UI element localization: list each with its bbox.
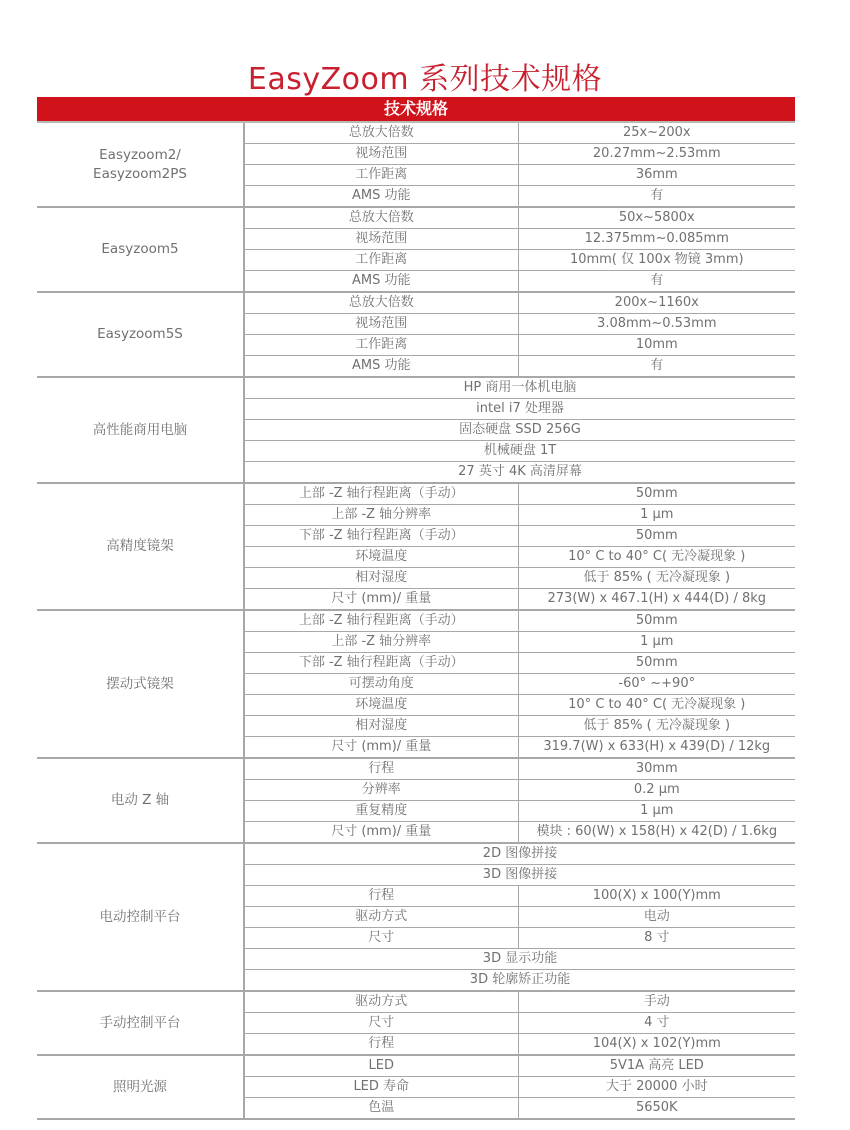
table-header: 技术规格: [37, 97, 795, 122]
spec-key: 尺寸 (mm)/ 重量: [244, 737, 518, 759]
group-label: 高精度镜架: [37, 483, 244, 610]
spec-span-cell: 3D 轮廓矫正功能: [244, 970, 795, 992]
page-title: EasyZoom 系列技术规格: [0, 54, 850, 98]
spec-key: 尺寸: [244, 928, 518, 949]
group-label-line: Easyzoom2/: [99, 147, 181, 163]
spec-value: 104(X) x 102(Y)mm: [518, 1034, 795, 1056]
spec-span-cell: 2D 图像拼接: [244, 843, 795, 865]
group-label: 高性能商用电脑: [37, 377, 244, 483]
spec-span-cell: HP 商用一体机电脑: [244, 377, 795, 399]
spec-key: 总放大倍数: [244, 122, 518, 144]
group-label: 摆动式镜架: [37, 610, 244, 758]
spec-key: 总放大倍数: [244, 292, 518, 314]
spec-value: 50mm: [518, 483, 795, 505]
spec-value: 50mm: [518, 653, 795, 674]
spec-value: 8 寸: [518, 928, 795, 949]
spec-value: 10mm: [518, 335, 795, 356]
spec-span-cell: 27 英寸 4K 高清屏幕: [244, 462, 795, 484]
table-row: Easyzoom5S总放大倍数200x~1160x: [37, 292, 795, 314]
spec-key: AMS 功能: [244, 271, 518, 293]
spec-key: 相对湿度: [244, 568, 518, 589]
spec-value: 36mm: [518, 165, 795, 186]
spec-table: 技术规格 Easyzoom2/Easyzoom2PS总放大倍数25x~200x视…: [37, 97, 795, 1120]
spec-value: 100(X) x 100(Y)mm: [518, 886, 795, 907]
spec-value: 有: [518, 186, 795, 208]
spec-key: 上部 -Z 轴行程距离（手动）: [244, 610, 518, 632]
spec-value: 0.2 μm: [518, 780, 795, 801]
group-label: 电动 Z 轴: [37, 758, 244, 843]
spec-key: 下部 -Z 轴行程距离（手动）: [244, 526, 518, 547]
spec-value: 50mm: [518, 610, 795, 632]
group-label: 电动控制平台: [37, 843, 244, 991]
table-row: 电动控制平台2D 图像拼接: [37, 843, 795, 865]
spec-value: 25x~200x: [518, 122, 795, 144]
group-label: Easyzoom2/Easyzoom2PS: [37, 122, 244, 207]
spec-key: 尺寸 (mm)/ 重量: [244, 589, 518, 611]
spec-value: 低于 85% ( 无冷凝现象 ): [518, 568, 795, 589]
spec-span-cell: 3D 图像拼接: [244, 865, 795, 886]
spec-key: 行程: [244, 1034, 518, 1056]
spec-value: 3.08mm~0.53mm: [518, 314, 795, 335]
spec-key: 尺寸: [244, 1013, 518, 1034]
group-label: Easyzoom5: [37, 207, 244, 292]
spec-value: 1 μm: [518, 632, 795, 653]
spec-key: 视场范围: [244, 229, 518, 250]
spec-key: AMS 功能: [244, 186, 518, 208]
table-header-row: 技术规格: [37, 97, 795, 122]
spec-key: 尺寸 (mm)/ 重量: [244, 822, 518, 844]
spec-value: 10° C to 40° C( 无冷凝现象 ): [518, 695, 795, 716]
spec-key: 可摆动角度: [244, 674, 518, 695]
spec-key: 工作距离: [244, 165, 518, 186]
spec-key: 行程: [244, 886, 518, 907]
spec-key: 相对湿度: [244, 716, 518, 737]
spec-key: 色温: [244, 1098, 518, 1120]
spec-value: 手动: [518, 991, 795, 1013]
spec-value: 20.27mm~2.53mm: [518, 144, 795, 165]
spec-value: 273(W) x 467.1(H) x 444(D) / 8kg: [518, 589, 795, 611]
spec-key: 行程: [244, 758, 518, 780]
spec-value: 5V1A 高亮 LED: [518, 1055, 795, 1077]
spec-value: 50x~5800x: [518, 207, 795, 229]
spec-span-cell: intel i7 处理器: [244, 399, 795, 420]
spec-value: 大于 20000 小时: [518, 1077, 795, 1098]
table-row: Easyzoom2/Easyzoom2PS总放大倍数25x~200x: [37, 122, 795, 144]
spec-value: 有: [518, 271, 795, 293]
spec-value: 319.7(W) x 633(H) x 439(D) / 12kg: [518, 737, 795, 759]
spec-value: 电动: [518, 907, 795, 928]
spec-value: 30mm: [518, 758, 795, 780]
spec-value: 12.375mm~0.085mm: [518, 229, 795, 250]
group-label: 照明光源: [37, 1055, 244, 1119]
table-row: 照明光源LED5V1A 高亮 LED: [37, 1055, 795, 1077]
spec-key: 工作距离: [244, 250, 518, 271]
spec-value: 10mm( 仅 100x 物镜 3mm): [518, 250, 795, 271]
spec-key: 环境温度: [244, 547, 518, 568]
spec-key: 工作距离: [244, 335, 518, 356]
spec-key: 驱动方式: [244, 907, 518, 928]
spec-key: 下部 -Z 轴行程距离（手动）: [244, 653, 518, 674]
table-row: 高精度镜架上部 -Z 轴行程距离（手动）50mm: [37, 483, 795, 505]
spec-key: 视场范围: [244, 144, 518, 165]
table-row: 手动控制平台驱动方式手动: [37, 991, 795, 1013]
spec-key: 重复精度: [244, 801, 518, 822]
spec-span-cell: 机械硬盘 1T: [244, 441, 795, 462]
spec-key: AMS 功能: [244, 356, 518, 378]
table-row: 高性能商用电脑HP 商用一体机电脑: [37, 377, 795, 399]
spec-value: 1 μm: [518, 505, 795, 526]
spec-value: 有: [518, 356, 795, 378]
spec-key: 上部 -Z 轴分辨率: [244, 505, 518, 526]
spec-span-cell: 固态硬盘 SSD 256G: [244, 420, 795, 441]
group-label: 手动控制平台: [37, 991, 244, 1055]
spec-key: 总放大倍数: [244, 207, 518, 229]
spec-body: Easyzoom2/Easyzoom2PS总放大倍数25x~200x视场范围20…: [37, 122, 795, 1119]
spec-key: 上部 -Z 轴分辨率: [244, 632, 518, 653]
table-row: 电动 Z 轴行程30mm: [37, 758, 795, 780]
spec-key: 驱动方式: [244, 991, 518, 1013]
group-label: Easyzoom5S: [37, 292, 244, 377]
spec-value: 4 寸: [518, 1013, 795, 1034]
spec-value: 50mm: [518, 526, 795, 547]
spec-key: 分辨率: [244, 780, 518, 801]
table-row: 摆动式镜架上部 -Z 轴行程距离（手动）50mm: [37, 610, 795, 632]
spec-value: -60° ~+90°: [518, 674, 795, 695]
spec-key: LED 寿命: [244, 1077, 518, 1098]
spec-value: 低于 85% ( 无冷凝现象 ): [518, 716, 795, 737]
spec-value: 10° C to 40° C( 无冷凝现象 ): [518, 547, 795, 568]
spec-key: LED: [244, 1055, 518, 1077]
spec-key: 视场范围: [244, 314, 518, 335]
spec-key: 上部 -Z 轴行程距离（手动）: [244, 483, 518, 505]
table-row: Easyzoom5总放大倍数50x~5800x: [37, 207, 795, 229]
group-label-line: Easyzoom2PS: [93, 166, 187, 182]
spec-value: 5650K: [518, 1098, 795, 1120]
spec-value: 1 μm: [518, 801, 795, 822]
spec-value: 模块 : 60(W) x 158(H) x 42(D) / 1.6kg: [518, 822, 795, 844]
spec-span-cell: 3D 显示功能: [244, 949, 795, 970]
spec-key: 环境温度: [244, 695, 518, 716]
spec-value: 200x~1160x: [518, 292, 795, 314]
